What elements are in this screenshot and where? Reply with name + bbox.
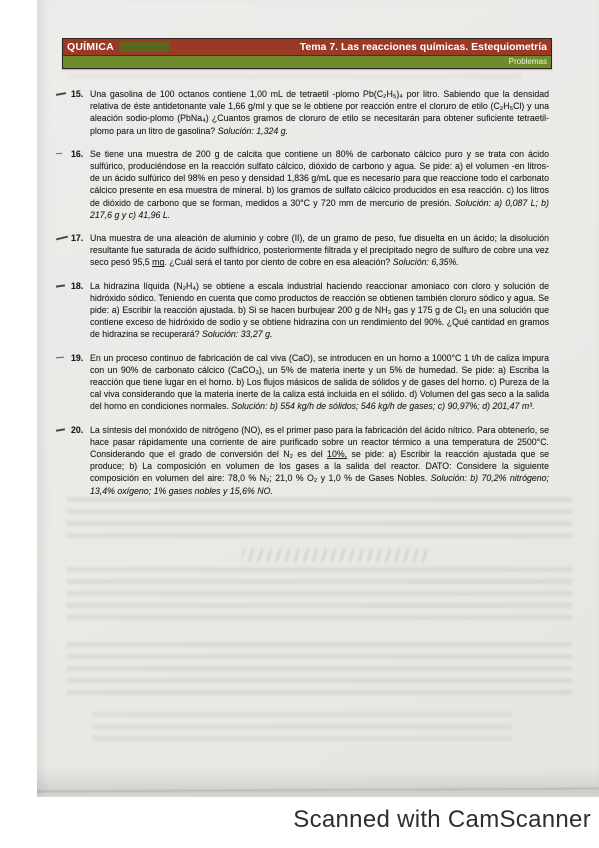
problem-text: La hidrazina líquida (N₂H₄) se obtiene a… [90, 280, 549, 341]
bleedthrough-text-block [67, 567, 572, 625]
problem-number: 18. [71, 280, 90, 341]
problem-text: La síntesis del monóxido de nitrógeno (N… [90, 424, 549, 497]
pen-dash-mark [55, 88, 71, 137]
bleedthrough-handwriting [241, 549, 428, 562]
problem-number: 19. [71, 352, 90, 413]
pen-dash-mark [55, 232, 71, 269]
page-bottom-shadow [37, 768, 599, 797]
problem-text: Se tiene una muestra de 200 g de calcita… [90, 148, 549, 221]
problem-number: 15. [71, 88, 90, 137]
problem-text: Una gasolina de 100 octanos contiene 1,0… [90, 88, 549, 137]
bleedthrough-text-block [67, 497, 572, 544]
redaction-smudge [119, 42, 169, 52]
problem-text: Una muestra de una aleación de aluminio … [90, 232, 549, 269]
bleedthrough-text-block [92, 712, 512, 748]
problem-number: 17. [71, 232, 90, 269]
header-subtitle: Problemas [509, 56, 551, 68]
pen-dash-mark [55, 280, 71, 341]
pen-dash-mark [55, 352, 71, 413]
pen-dash-mark [55, 424, 71, 497]
header-title: Tema 7. Las reacciones químicas. Estequi… [300, 39, 551, 56]
problem-number: 16. [71, 148, 90, 221]
bleedthrough-text-line [67, 74, 522, 83]
problem-item-16: 16. Se tiene una muestra de 200 g de cal… [55, 148, 549, 221]
problem-number: 20. [71, 424, 90, 497]
subject-label: QUÍMICA [63, 39, 114, 56]
bleedthrough-text-block [67, 642, 572, 702]
problem-item-18: 18. La hidrazina líquida (N₂H₄) se obtie… [55, 280, 549, 341]
problem-item-20: 20. La síntesis del monóxido de nitrógen… [55, 424, 549, 497]
document-header: QUÍMICA Tema 7. Las reacciones químicas.… [62, 38, 552, 69]
pen-dash-mark [55, 148, 71, 221]
paper-sheet: QUÍMICA Tema 7. Las reacciones químicas.… [37, 0, 599, 797]
problem-list: 15. Una gasolina de 100 octanos contiene… [55, 88, 549, 508]
problem-item-17: 17. Una muestra de una aleación de alumi… [55, 232, 549, 269]
problem-text: En un proceso continuo de fabricación de… [90, 352, 549, 413]
header-red-bar: QUÍMICA Tema 7. Las reacciones químicas.… [63, 39, 551, 56]
header-green-bar: Problemas [63, 56, 551, 68]
camscanner-watermark: Scanned with CamScanner [171, 806, 591, 834]
problem-item-15: 15. Una gasolina de 100 octanos contiene… [55, 88, 549, 137]
problem-item-19: 19. En un proceso continuo de fabricació… [55, 352, 549, 413]
